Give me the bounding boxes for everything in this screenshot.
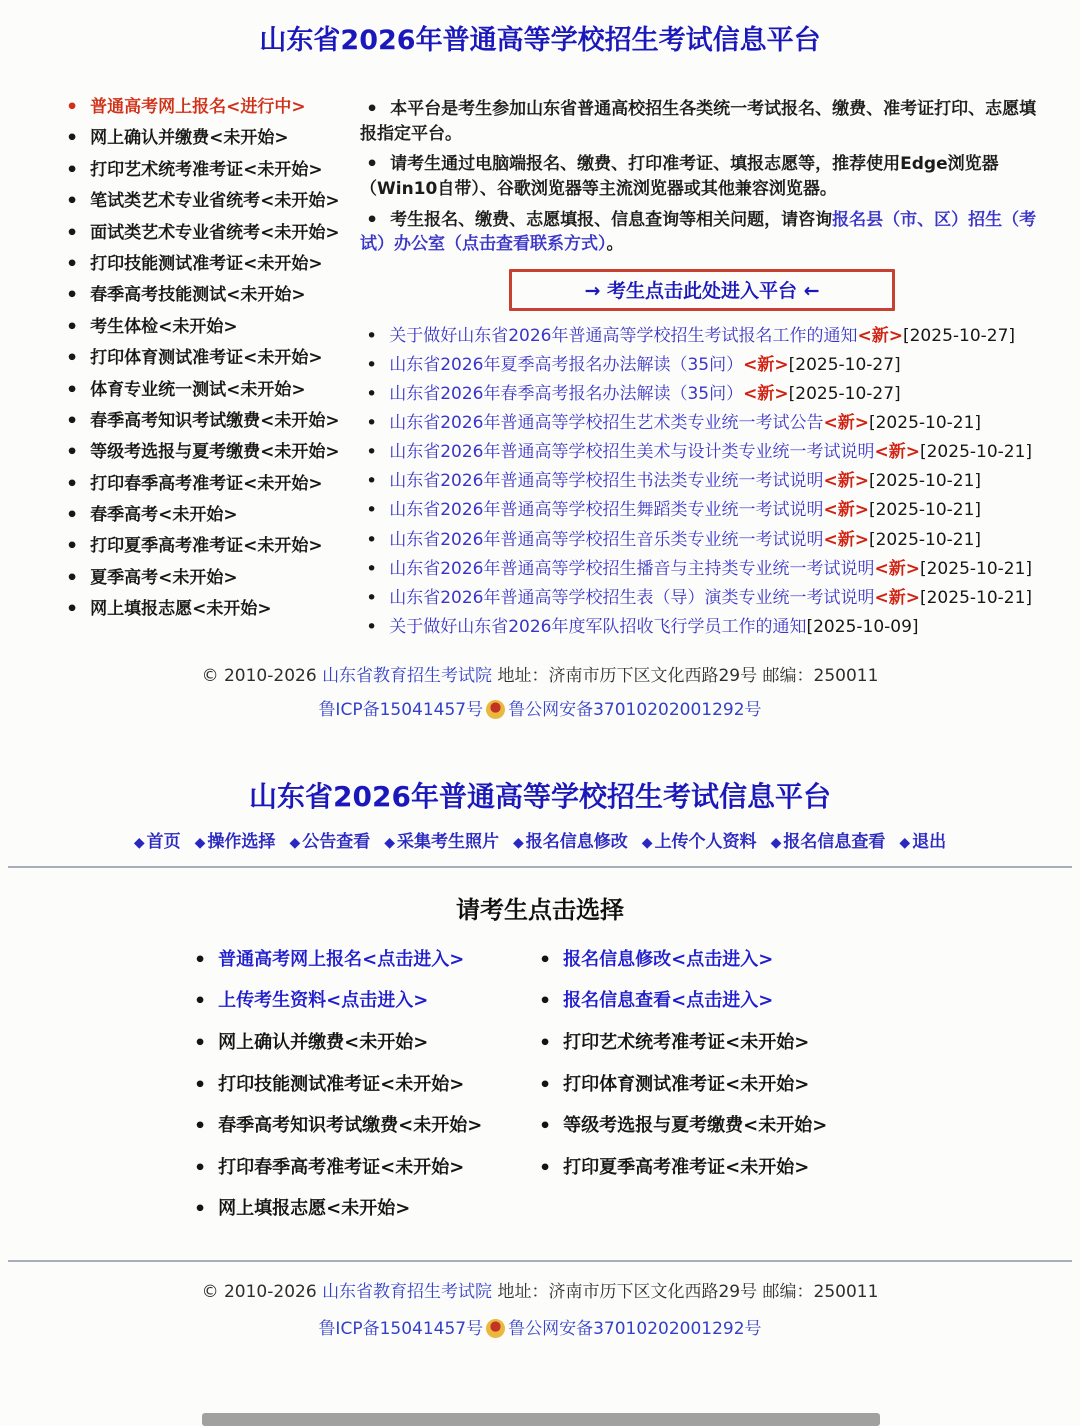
sidebar-item-label: 打印夏季高考准考证<未开始> [90,536,323,556]
sidebar-item[interactable]: •打印夏季高考准考证<未开始> [60,536,360,556]
nav-item-label: 首页 [147,832,181,852]
option-item[interactable]: •春季高考知识考试缴费<未开始> [188,1115,533,1137]
footer-line-2: 鲁ICP备15041457号鲁公网安备37010202001292号 [0,693,1080,727]
news-date: [2025-10-27] [789,384,901,404]
sidebar-item-label: 打印春季高考准考证<未开始> [90,474,323,494]
option-label: 报名信息修改<点击进入> [563,949,773,970]
news-item: •关于做好山东省2026年普通高等学校招生考试报名工作的通知<新>[2025-1… [360,325,1044,347]
nav-item-label: 退出 [912,832,946,852]
sidebar-item[interactable]: •春季高考<未开始> [60,505,360,525]
nav-item[interactable]: ◆报名信息修改 [513,827,628,852]
news-link[interactable]: 山东省2026年普通高等学校招生艺术类专业统一考试公告 [389,413,823,433]
icp-link[interactable]: 鲁ICP备15041457号 [318,1319,483,1339]
footer-line-1: © 2010-2026 山东省教育招生考试院 地址：济南市历下区文化西路29号 … [0,1274,1080,1311]
sidebar-item-label: 春季高考<未开始> [90,505,238,525]
diamond-icon: ◆ [384,835,395,851]
sidebar-item-label: 网上填报志愿<未开始> [90,599,272,619]
bullet-icon: • [66,569,78,588]
news-link[interactable]: 关于做好山东省2026年普通高等学校招生考试报名工作的通知 [389,326,857,346]
news-item: •山东省2026年普通高等学校招生舞蹈类专业统一考试说明<新>[2025-10-… [360,499,1044,521]
bullet-icon: • [366,327,377,346]
option-label: 网上填报志愿<未开始> [218,1198,410,1219]
bullet-icon: • [194,951,206,970]
option-label: 网上确认并缴费<未开始> [218,1032,428,1053]
nav-item[interactable]: ◆退出 [899,827,946,852]
icp-link[interactable]: 鲁ICP备15041457号 [318,700,483,720]
news-item: •山东省2026年普通高等学校招生书法类专业统一考试说明<新>[2025-10-… [360,470,1044,492]
option-item[interactable]: •普通高考网上报名<点击进入> [188,949,533,971]
bullet-icon: • [539,992,551,1011]
intro-list: •本平台是考生参加山东省普通高校招生各类统一考试报名、缴费、准考证打印、志愿填报… [360,97,1044,257]
news-date: [2025-10-21] [869,413,981,433]
site-footer: © 2010-2026 山东省教育招生考试院 地址：济南市历下区文化西路29号 … [0,659,1080,727]
sidebar-item-label: 普通高考网上报名<进行中> [90,97,306,117]
news-item: •山东省2026年普通高等学校招生播音与主持类专业统一考试说明<新>[2025-… [360,558,1044,580]
option-item[interactable]: •打印体育测试准考证<未开始> [533,1074,888,1096]
sidebar-item[interactable]: •夏季高考<未开始> [60,568,360,588]
option-item[interactable]: •打印夏季高考准考证<未开始> [533,1157,888,1179]
choose-heading: 请考生点击选择 [0,890,1080,925]
bullet-icon: • [66,192,78,211]
nav-item-label: 采集考生照片 [397,832,499,852]
security-link[interactable]: 鲁公网安备37010202001292号 [508,1319,761,1339]
bullet-icon: • [539,1076,551,1095]
bullet-icon: • [66,506,78,525]
page-title: 山东省2026年普通高等学校招生考试信息平台 [0,0,1080,57]
sidebar-item-label: 打印体育测试准考证<未开始> [90,348,323,368]
footer-line-2: 鲁ICP备15041457号鲁公网安备37010202001292号 [0,1311,1080,1348]
diamond-icon: ◆ [134,835,145,851]
news-link[interactable]: 关于做好山东省2026年度军队招收飞行学员工作的通知 [389,617,806,637]
nav-item-label: 报名信息修改 [526,832,628,852]
bullet-icon: • [66,537,78,556]
news-item: •山东省2026年夏季高考报名办法解读（35问）<新>[2025-10-27] [360,354,1044,376]
bullet-icon: • [194,992,206,1011]
sidebar-item-label: 笔试类艺术专业省统考<未开始> [90,191,340,211]
intro-text: 请考生通过电脑端报名、缴费、打印准考证、填报志愿等，推荐使用Edge浏览器（Wi… [360,154,999,199]
intro-text: 本平台是考生参加山东省普通高校招生各类统一考试报名、缴费、准考证打印、志愿填报指… [360,99,1036,144]
bullet-icon: • [366,531,377,550]
bullet-icon: • [366,211,378,230]
sidebar-item-label: 夏季高考<未开始> [90,568,238,588]
portal-title: 山东省2026年普通高等学校招生考试信息平台 [0,775,1080,815]
new-badge: <新> [823,530,869,550]
news-date: [2025-10-27] [903,326,1015,346]
sidebar-item[interactable]: •春季高考知识考试缴费<未开始> [60,411,360,431]
bullet-icon: • [66,349,78,368]
option-label: 打印艺术统考准考证<未开始> [563,1032,809,1053]
option-item[interactable]: •打印春季高考准考证<未开始> [188,1157,533,1179]
news-item: •山东省2026年春季高考报名办法解读（35问）<新>[2025-10-27] [360,383,1044,405]
sidebar-item-label: 春季高考知识考试缴费<未开始> [90,411,340,431]
new-badge: <新> [823,471,869,491]
bullet-icon: • [194,1076,206,1095]
sidebar-item-label: 网上确认并缴费<未开始> [90,128,289,148]
sidebar-item-label: 面试类艺术专业省统考<未开始> [90,223,340,243]
bullet-icon: • [194,1117,206,1136]
footer-divider [8,1260,1072,1262]
sidebar-item[interactable]: •网上确认并缴费<未开始> [60,128,360,148]
sidebar-item[interactable]: •打印技能测试准考证<未开始> [60,254,360,274]
option-label: 打印夏季高考准考证<未开始> [563,1157,809,1178]
option-label: 报名信息查看<点击进入> [563,990,773,1011]
intro-text: 。 [607,234,624,254]
news-item: •山东省2026年普通高等学校招生音乐类专业统一考试说明<新>[2025-10-… [360,529,1044,551]
new-badge: <新> [823,413,869,433]
option-label: 打印技能测试准考证<未开始> [218,1074,464,1095]
news-date: [2025-10-21] [869,471,981,491]
news-item: •山东省2026年普通高等学校招生美术与设计类专业统一考试说明<新>[2025-… [360,441,1044,463]
bullet-icon: • [539,951,551,970]
news-date: [2025-10-21] [869,500,981,520]
new-badge: <新> [874,588,920,608]
copyright-text: © 2010-2026 [202,666,317,686]
intro-text: 考生报名、缴费、志愿填报、信息查询等相关问题，请咨询 [390,210,832,230]
option-item[interactable]: •网上填报志愿<未开始> [188,1198,533,1220]
intro-item: •考生报名、缴费、志愿填报、信息查询等相关问题，请咨询报名县（市、区）招生（考试… [360,208,1044,257]
sidebar-item[interactable]: •打印春季高考准考证<未开始> [60,474,360,494]
news-list: •关于做好山东省2026年普通高等学校招生考试报名工作的通知<新>[2025-1… [360,325,1044,638]
option-item[interactable]: •打印技能测试准考证<未开始> [188,1074,533,1096]
sidebar-item[interactable]: •普通高考网上报名<进行中> [60,97,360,117]
org-link[interactable]: 山东省教育招生考试院 [322,1282,492,1302]
bullet-icon: • [194,1159,206,1178]
new-badge: <新> [743,355,789,375]
news-link[interactable]: 山东省2026年普通高等学校招生音乐类专业统一考试说明 [389,530,823,550]
nav-item[interactable]: ◆上传个人资料 [642,827,757,852]
bullet-icon: • [366,501,377,520]
news-item: •山东省2026年普通高等学校招生艺术类专业统一考试公告<新>[2025-10-… [360,412,1044,434]
police-badge-icon [486,700,505,719]
diamond-icon: ◆ [195,835,206,851]
diamond-icon: ◆ [899,835,910,851]
copyright-text: © 2010-2026 [202,1282,317,1302]
main-content: •本平台是考生参加山东省普通高校招生各类统一考试报名、缴费、准考证打印、志愿填报… [360,97,1044,645]
bullet-icon: • [66,286,78,305]
diamond-icon: ◆ [513,835,524,851]
sidebar-item[interactable]: •打印艺术统考准考证<未开始> [60,160,360,180]
bullet-icon: • [366,356,377,375]
bullet-icon: • [366,443,377,462]
option-item[interactable]: •上传考生资料<点击进入> [188,990,533,1012]
option-item[interactable]: •报名信息修改<点击进入> [533,949,888,971]
nav-item-label: 操作选择 [207,832,275,852]
option-label: 打印春季高考准考证<未开始> [218,1157,464,1178]
nav-item[interactable]: ◆报名信息查看 [771,827,886,852]
bullet-icon: • [366,155,378,174]
bullet-icon: • [539,1117,551,1136]
bullet-icon: • [366,414,377,433]
bullet-icon: • [366,560,377,579]
top-content: •普通高考网上报名<进行中>•网上确认并缴费<未开始>•打印艺术统考准考证<未开… [0,97,1080,645]
new-badge: <新> [823,500,869,520]
news-date: [2025-10-21] [920,588,1032,608]
news-link[interactable]: 山东省2026年夏季高考报名办法解读（35问） [389,355,743,375]
option-label: 打印体育测试准考证<未开始> [563,1074,809,1095]
option-item[interactable]: •网上确认并缴费<未开始> [188,1032,533,1054]
diamond-icon: ◆ [289,835,300,851]
sidebar-item-label: 春季高考技能测试<未开始> [90,285,306,305]
nav-item-label: 上传个人资料 [655,832,757,852]
sidebar-item-label: 等级考选报与夏考缴费<未开始> [90,442,340,462]
nav-item[interactable]: ◆公告查看 [289,827,370,852]
bullet-icon: • [66,161,78,180]
bullet-icon: • [66,412,78,431]
option-label: 等级考选报与夏考缴费<未开始> [563,1115,827,1136]
options-grid: •普通高考网上报名<点击进入>•报名信息修改<点击进入>•上传考生资料<点击进入… [188,949,1080,1220]
bullet-icon: • [66,98,78,117]
news-link[interactable]: 山东省2026年普通高等学校招生表（导）演类专业统一考试说明 [389,588,874,608]
sidebar-list: •普通高考网上报名<进行中>•网上确认并缴费<未开始>•打印艺术统考准考证<未开… [60,97,360,645]
diamond-icon: ◆ [771,835,782,851]
sidebar-item[interactable]: •等级考选报与夏考缴费<未开始> [60,442,360,462]
news-link[interactable]: 山东省2026年春季高考报名办法解读（35问） [389,384,743,404]
news-date: [2025-10-21] [869,530,981,550]
intro-item: •请考生通过电脑端报名、缴费、打印准考证、填报志愿等，推荐使用Edge浏览器（W… [360,152,1044,201]
footer-line-1: © 2010-2026 山东省教育招生考试院 地址：济南市历下区文化西路29号 … [0,659,1080,693]
bullet-icon: • [366,385,377,404]
option-label: 上传考生资料<点击进入> [218,990,428,1011]
bullet-icon: • [366,618,377,637]
bullet-icon: • [194,1200,206,1219]
nav-item[interactable]: ◆采集考生照片 [384,827,499,852]
bullet-icon: • [366,589,377,608]
new-badge: <新> [857,326,903,346]
bullet-icon: • [66,381,78,400]
sidebar-item[interactable]: •笔试类艺术专业省统考<未开始> [60,191,360,211]
intro-item: •本平台是考生参加山东省普通高校招生各类统一考试报名、缴费、准考证打印、志愿填报… [360,97,1044,146]
sidebar-item[interactable]: •体育专业统一测试<未开始> [60,380,360,400]
news-link[interactable]: 山东省2026年普通高等学校招生舞蹈类专业统一考试说明 [389,500,823,520]
sidebar-item[interactable]: •春季高考技能测试<未开始> [60,285,360,305]
news-date: [2025-10-21] [920,442,1032,462]
bottom-bar [202,1413,880,1426]
nav-bar: ◆首页◆操作选择◆公告查看◆采集考生照片◆报名信息修改◆上传个人资料◆报名信息查… [0,827,1080,852]
section-divider [8,866,1072,868]
news-item: •关于做好山东省2026年度军队招收飞行学员工作的通知[2025-10-09] [360,616,1044,638]
bullet-icon: • [194,1034,206,1053]
bullet-icon: • [539,1034,551,1053]
news-date: [2025-10-09] [806,617,918,637]
address-text: 地址：济南市历下区文化西路29号 邮编：250011 [497,1282,878,1302]
option-item[interactable]: •打印艺术统考准考证<未开始> [533,1032,888,1054]
enter-platform-button[interactable]: → 考生点击此处进入平台 ← [509,269,895,311]
sidebar-item[interactable]: •打印体育测试准考证<未开始> [60,348,360,368]
bullet-icon: • [366,472,377,491]
sidebar-item-label: 体育专业统一测试<未开始> [90,380,306,400]
news-date: [2025-10-27] [789,355,901,375]
news-date: [2025-10-21] [920,559,1032,579]
sidebar-item-label: 考生体检<未开始> [90,317,238,337]
news-link[interactable]: 山东省2026年普通高等学校招生美术与设计类专业统一考试说明 [389,442,874,462]
site-footer-bottom: © 2010-2026 山东省教育招生考试院 地址：济南市历下区文化西路29号 … [0,1274,1080,1349]
nav-item-label: 报名信息查看 [783,832,885,852]
police-badge-icon [486,1319,505,1338]
option-item[interactable]: •等级考选报与夏考缴费<未开始> [533,1115,888,1137]
sidebar-item-label: 打印艺术统考准考证<未开始> [90,160,323,180]
new-badge: <新> [874,559,920,579]
bullet-icon: • [539,1159,551,1178]
sidebar-item[interactable]: •考生体检<未开始> [60,317,360,337]
new-badge: <新> [874,442,920,462]
bullet-icon: • [66,318,78,337]
bullet-icon: • [66,600,78,619]
news-item: •山东省2026年普通高等学校招生表（导）演类专业统一考试说明<新>[2025-… [360,587,1044,609]
bullet-icon: • [66,255,78,274]
option-item[interactable]: •报名信息查看<点击进入> [533,990,888,1012]
diamond-icon: ◆ [642,835,653,851]
bullet-icon: • [66,443,78,462]
nav-item[interactable]: ◆操作选择 [195,827,276,852]
bullet-icon: • [66,475,78,494]
org-link[interactable]: 山东省教育招生考试院 [322,666,492,686]
address-text: 地址：济南市历下区文化西路29号 邮编：250011 [497,666,878,686]
nav-item[interactable]: ◆首页 [134,827,181,852]
sidebar-item[interactable]: •面试类艺术专业省统考<未开始> [60,223,360,243]
news-link[interactable]: 山东省2026年普通高等学校招生书法类专业统一考试说明 [389,471,823,491]
news-link[interactable]: 山东省2026年普通高等学校招生播音与主持类专业统一考试说明 [389,559,874,579]
bullet-icon: • [366,100,378,119]
sidebar-item[interactable]: •网上填报志愿<未开始> [60,599,360,619]
option-label: 普通高考网上报名<点击进入> [218,949,464,970]
bullet-icon: • [66,224,78,243]
new-badge: <新> [743,384,789,404]
nav-item-label: 公告查看 [302,832,370,852]
option-label: 春季高考知识考试缴费<未开始> [218,1115,482,1136]
bullet-icon: • [66,129,78,148]
security-link[interactable]: 鲁公网安备37010202001292号 [508,700,761,720]
sidebar-item-label: 打印技能测试准考证<未开始> [90,254,323,274]
